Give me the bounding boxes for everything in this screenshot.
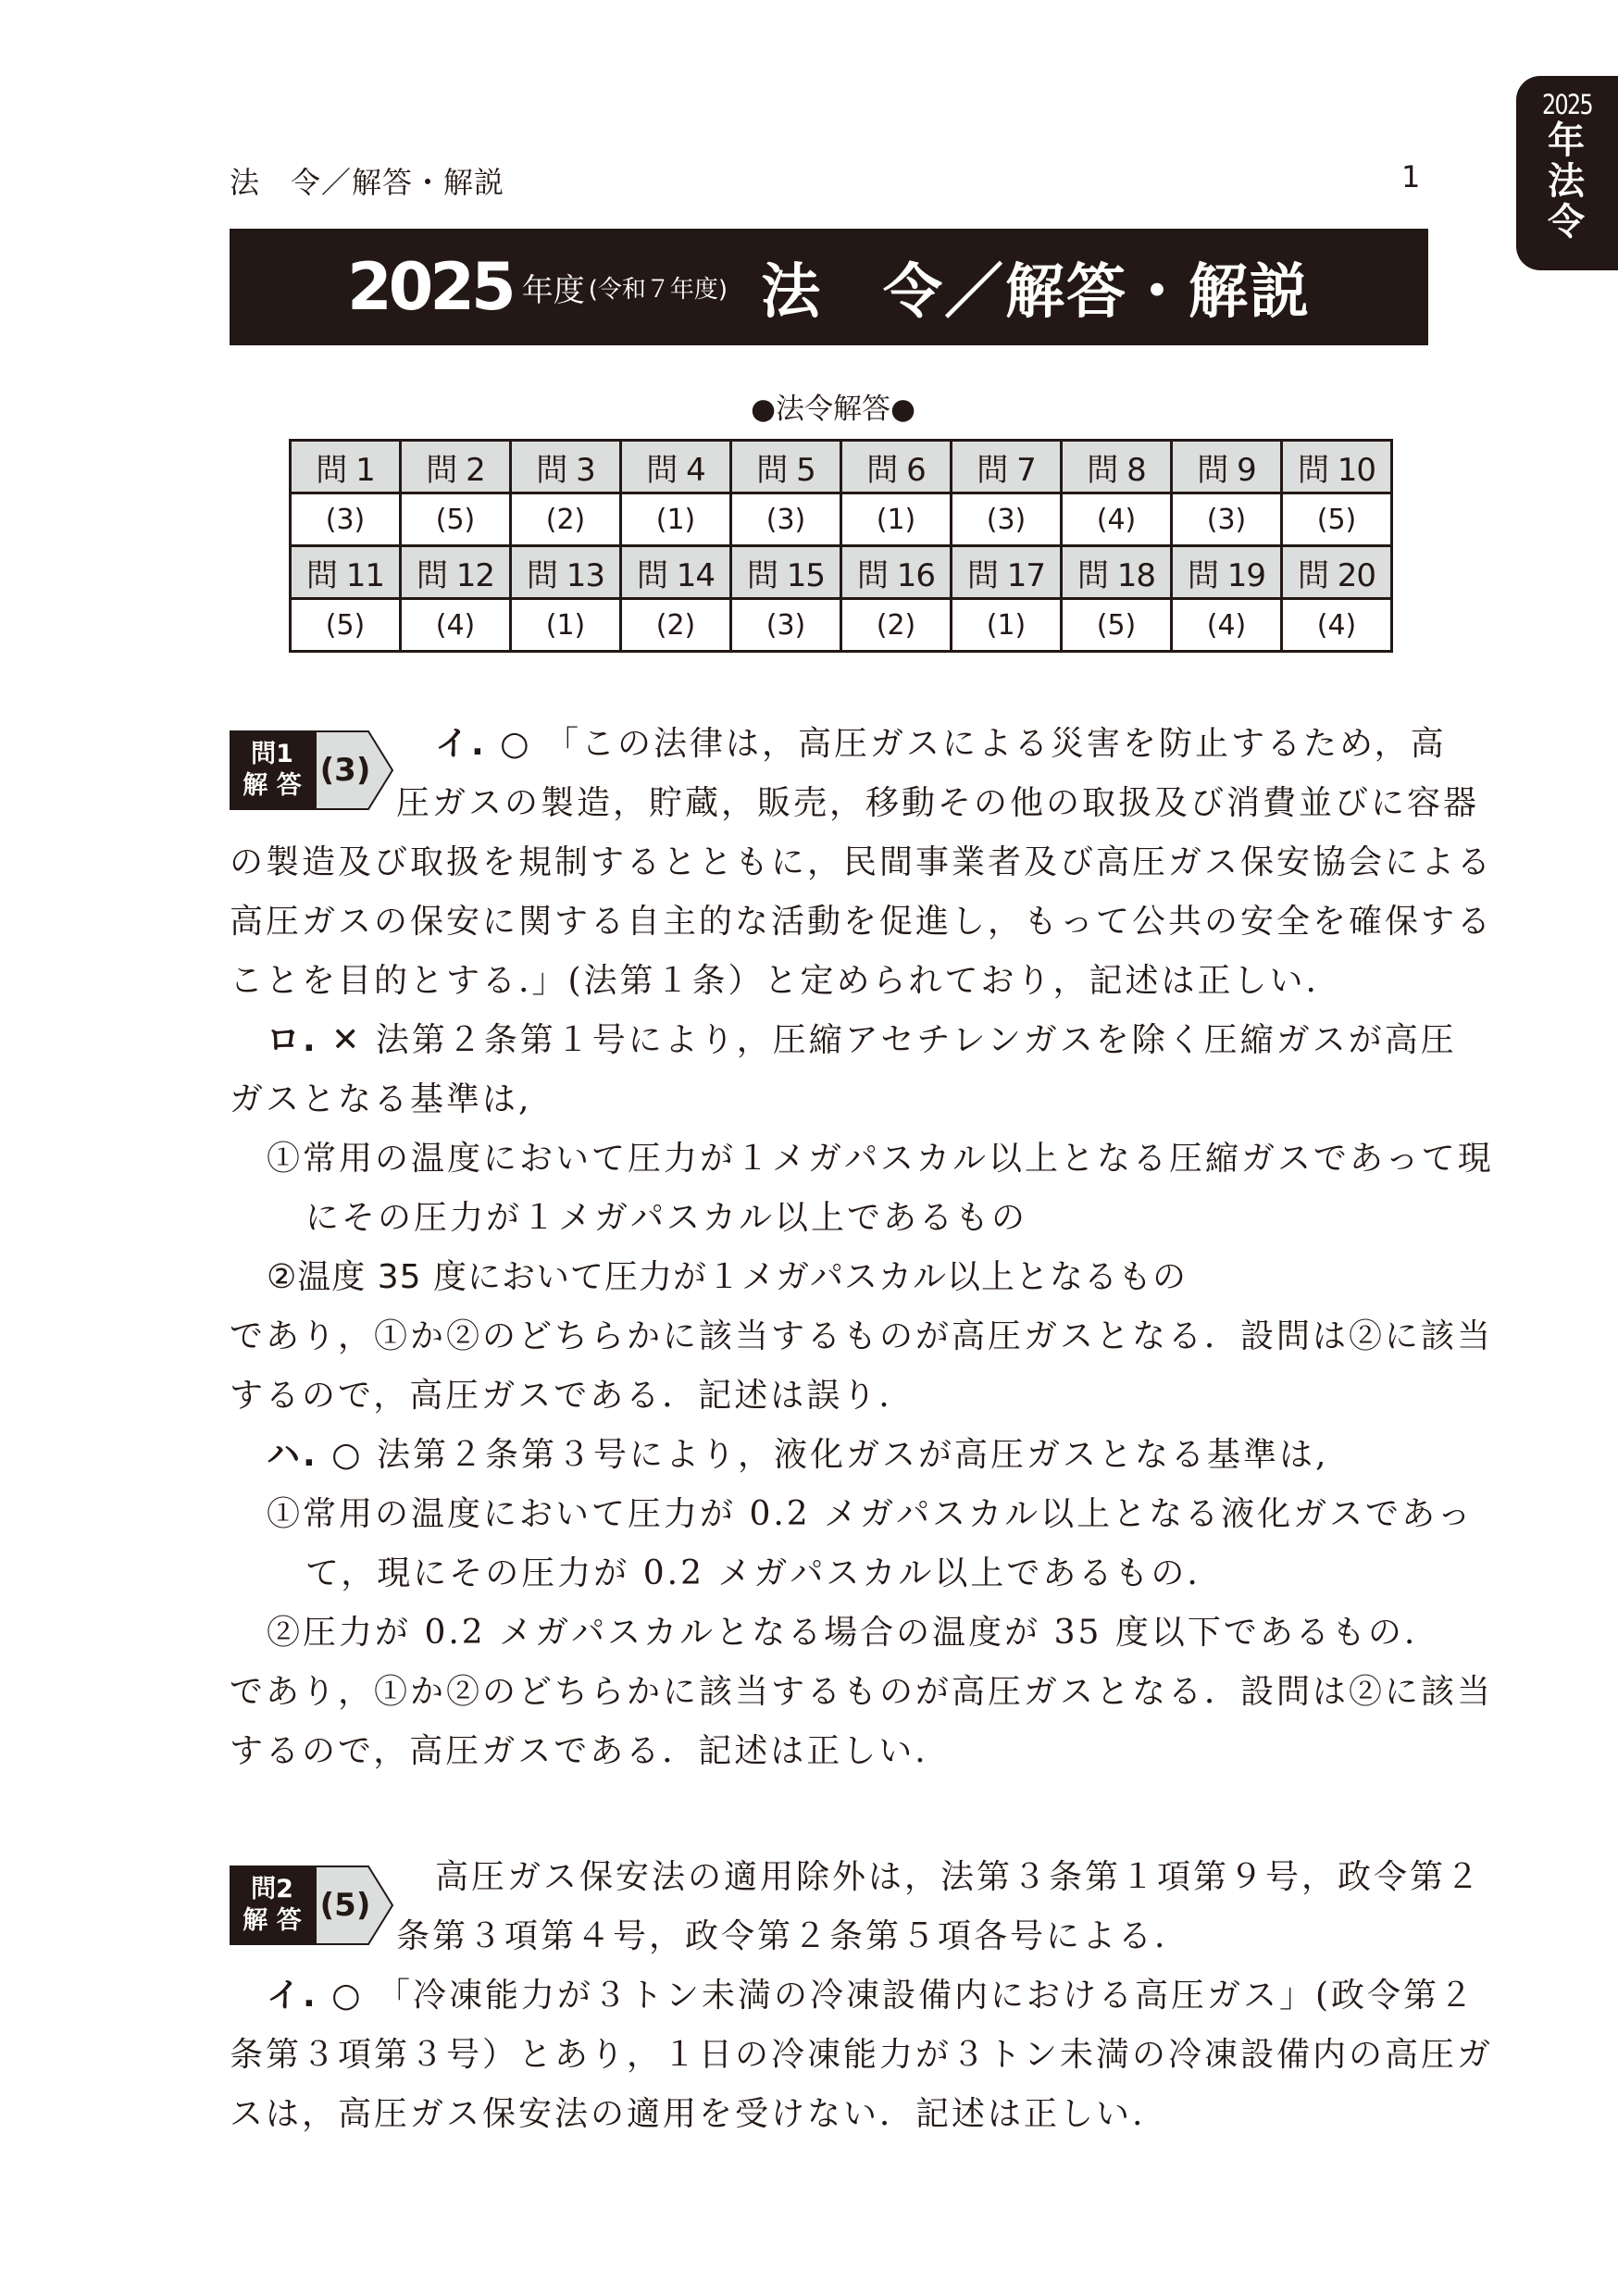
- title-reiwa: (令和７年度): [589, 270, 728, 305]
- answer-cell: (3): [291, 493, 401, 546]
- thumb-tab-char: 年: [1516, 120, 1616, 161]
- text-line: であり，①か②のどちらかに該当するものが高圧ガスとなる．設問は②に該当: [230, 1307, 1428, 1366]
- page-title: 法 令／解答・解説: [761, 244, 1311, 330]
- answer-cell: (1): [841, 493, 952, 546]
- answer-cell: (4): [401, 599, 511, 652]
- line-text: ガスとなる基準は,: [230, 1080, 531, 1118]
- question-cell: 問 19: [1172, 546, 1282, 599]
- line-text: 法第２条第１号により，圧縮アセチレンガスを除く圧縮ガスが高圧: [376, 1021, 1457, 1059]
- line-text: であり，①か②のどちらかに該当するものが高圧ガスとなる．設問は②に該当: [230, 1673, 1493, 1711]
- correct-mark: ○: [331, 1977, 363, 2015]
- text-line: スは，高圧ガス保安法の適用を受けない．記述は正しい.: [230, 2085, 1428, 2144]
- item-label: ロ.: [267, 1021, 318, 1059]
- answer-cell: (4): [1172, 599, 1282, 652]
- question-cell: 問 13: [511, 546, 621, 599]
- answer-cell: (3): [731, 493, 841, 546]
- text-line: の製造及び取扱を規制するとともに，民間事業者及び高圧ガス保安協会による: [230, 833, 1428, 892]
- text-line: ロ. ✕ 法第２条第１号により，圧縮アセチレンガスを除く圧縮ガスが高圧: [230, 1011, 1428, 1070]
- text-line: にその圧力が１メガパスカル以上であるもの: [230, 1189, 1428, 1248]
- question-cell: 問 15: [731, 546, 841, 599]
- text-line: 高圧ガス保安法の適用除外は，法第３条第１項第９号，政令第２: [230, 1848, 1428, 1907]
- text-line: ②圧力が 0.2 メガパスカルとなる場合の温度が 35 度以下であるもの.: [230, 1603, 1428, 1663]
- question-cell: 問 5: [731, 441, 841, 493]
- question-row: 問 11 問 12 問 13 問 14 問 15 問 16 問 17 問 18 …: [291, 546, 1392, 599]
- answer-table-caption: ●法令解答●: [0, 385, 1618, 427]
- question-cell: 問 4: [621, 441, 731, 493]
- thumb-tab-char: 法: [1516, 161, 1616, 202]
- line-text: するので，高圧ガスである．記述は正しい.: [230, 1732, 928, 1770]
- text-line: て，現にその圧力が 0.2 メガパスカル以上であるもの.: [230, 1544, 1428, 1603]
- text-line: ①常用の温度において圧力が 0.2 メガパスカル以上となる液化ガスであっ: [230, 1485, 1428, 1544]
- line-text: ①常用の温度において圧力が１メガパスカル以上となる圧縮ガスであって現: [267, 1140, 1494, 1178]
- line-text: ことを目的とする.」(法第１条）と定められており，記述は正しい.: [230, 962, 1319, 1000]
- line-text: ②圧力が 0.2 メガパスカルとなる場合の温度が 35 度以下であるもの.: [267, 1614, 1417, 1652]
- text-line: ハ. ○ 法第２条第３号により，液化ガスが高圧ガスとなる基準は,: [230, 1426, 1428, 1485]
- text-line: ことを目的とする.」(法第１条）と定められており，記述は正しい.: [230, 952, 1428, 1011]
- item-label: ハ.: [267, 1436, 318, 1474]
- question-cell: 問 11: [291, 546, 401, 599]
- question-cell: 問 14: [621, 546, 731, 599]
- answer-cell: (1): [621, 493, 731, 546]
- answer-cell: (4): [1062, 493, 1172, 546]
- line-text: 「冷凍能力が３トン未満の冷凍設備内における高圧ガス」(政令第２: [377, 1977, 1475, 2015]
- answer-cell: (5): [401, 493, 511, 546]
- question-cell: 問 18: [1062, 546, 1172, 599]
- text-line: イ. ○ 「冷凍能力が３トン未満の冷凍設備内における高圧ガス」(政令第２: [230, 1966, 1428, 2026]
- question-cell: 問 16: [841, 546, 952, 599]
- line-text: て，現にその圧力が 0.2 メガパスカル以上であるもの.: [305, 1554, 1201, 1592]
- thumb-tab-year: 2025: [1525, 89, 1609, 120]
- line-text: 条第３項第３号）とあり，１日の冷凍能力が３トン未満の冷凍設備内の高圧ガ: [230, 2036, 1493, 2074]
- text-line: ガスとなる基準は,: [230, 1070, 1428, 1129]
- question-cell: 問 7: [952, 441, 1062, 493]
- question-cell: 問 1: [291, 441, 401, 493]
- text-line: イ. ○ 「この法律は，高圧ガスによる災害を防止するため，高: [230, 715, 1428, 774]
- answer-cell: (3): [1172, 493, 1282, 546]
- question-cell: 問 3: [511, 441, 621, 493]
- answer-cell: (1): [511, 599, 621, 652]
- question-cell: 問 10: [1282, 441, 1392, 493]
- line-text: スは，高圧ガス保安法の適用を受けない．記述は正しい.: [230, 2095, 1145, 2133]
- answer-cell: (2): [511, 493, 621, 546]
- line-text: の製造及び取扱を規制するとともに，民間事業者及び高圧ガス保安協会による: [230, 843, 1493, 881]
- page-title-bar: 2025 年度 (令和７年度) 法 令／解答・解説: [230, 229, 1428, 345]
- text-line: ①常用の温度において圧力が１メガパスカル以上となる圧縮ガスであって現: [230, 1129, 1428, 1189]
- answer-cell: (3): [952, 493, 1062, 546]
- question-cell: 問 20: [1282, 546, 1392, 599]
- answer-cell: (1): [952, 599, 1062, 652]
- running-title: 法 令／解答・解説: [230, 159, 504, 202]
- line-text: ①常用の温度において圧力が 0.2 メガパスカル以上となる液化ガスであっ: [267, 1495, 1474, 1533]
- line-text: 「この法律は，高圧ガスによる災害を防止するため，高: [545, 725, 1447, 763]
- line-text: 高圧ガスの保安に関する自主的な活動を促進し，もって公共の安全を確保する: [230, 903, 1493, 941]
- item-label: イ.: [267, 1977, 318, 2015]
- answer-row: (5) (4) (1) (2) (3) (2) (1) (5) (4) (4): [291, 599, 1392, 652]
- text-line: 高圧ガスの保安に関する自主的な活動を促進し，もって公共の安全を確保する: [230, 892, 1428, 952]
- line-text: 高圧ガス保安法の適用除外は，法第３条第１項第９号，政令第２: [435, 1858, 1482, 1896]
- line-text: 法第２条第３号により，液化ガスが高圧ガスとなる基準は,: [377, 1436, 1328, 1474]
- answer-cell: (5): [1062, 599, 1172, 652]
- title-nendo: 年度: [522, 265, 585, 310]
- question-cell: 問 9: [1172, 441, 1282, 493]
- title-year: 2025: [347, 249, 513, 325]
- q2-explanation: 高圧ガス保安法の適用除外は，法第３条第１項第９号，政令第２ 条第３項第４号，政令…: [230, 1848, 1428, 2144]
- line-text: にその圧力が１メガパスカル以上であるもの: [305, 1199, 1027, 1237]
- answer-row: (3) (5) (2) (1) (3) (1) (3) (4) (3) (5): [291, 493, 1392, 546]
- answer-cell: (4): [1282, 599, 1392, 652]
- answer-cell: (5): [1282, 493, 1392, 546]
- answer-cell: (3): [731, 599, 841, 652]
- text-line: 条第３項第４号，政令第２条第５項各号による.: [230, 1907, 1428, 1966]
- thumb-index-tab: 2025 年 法 令: [1516, 76, 1618, 270]
- text-line: であり，①か②のどちらかに該当するものが高圧ガスとなる．設問は②に該当: [230, 1663, 1428, 1722]
- correct-mark: ○: [331, 1436, 363, 1474]
- line-text: ②温度 35 度において圧力が１メガパスカル以上となるもの: [267, 1258, 1187, 1296]
- answer-cell: (2): [841, 599, 952, 652]
- question-cell: 問 12: [401, 546, 511, 599]
- line-text: であり，①か②のどちらかに該当するものが高圧ガスとなる．設問は②に該当: [230, 1317, 1493, 1355]
- question-cell: 問 2: [401, 441, 511, 493]
- q1-explanation: イ. ○ 「この法律は，高圧ガスによる災害を防止するため，高 圧ガスの製造，貯蔵…: [230, 715, 1428, 1781]
- answer-cell: (5): [291, 599, 401, 652]
- line-text: するので，高圧ガスである．記述は誤り.: [230, 1377, 892, 1415]
- page-number: 1: [1401, 159, 1420, 194]
- text-line: 圧ガスの製造，貯蔵，販売，移動その他の取扱及び消費並びに容器: [230, 774, 1428, 833]
- answer-cell: (2): [621, 599, 731, 652]
- line-text: 圧ガスの製造，貯蔵，販売，移動その他の取扱及び消費並びに容器: [396, 784, 1479, 822]
- question-cell: 問 17: [952, 546, 1062, 599]
- incorrect-mark: ✕: [331, 1021, 362, 1059]
- text-line: 条第３項第３号）とあり，１日の冷凍能力が３トン未満の冷凍設備内の高圧ガ: [230, 2026, 1428, 2085]
- question-cell: 問 6: [841, 441, 952, 493]
- line-text: 条第３項第４号，政令第２条第５項各号による.: [396, 1917, 1167, 1955]
- text-line: ②温度 35 度において圧力が１メガパスカル以上となるもの: [230, 1248, 1428, 1307]
- answer-table: 問 1 問 2 問 3 問 4 問 5 問 6 問 7 問 8 問 9 問 10…: [289, 439, 1393, 653]
- question-row: 問 1 問 2 問 3 問 4 問 5 問 6 問 7 問 8 問 9 問 10: [291, 441, 1392, 493]
- thumb-tab-char: 令: [1516, 202, 1616, 243]
- question-cell: 問 8: [1062, 441, 1172, 493]
- correct-mark: ○: [500, 725, 531, 763]
- item-label: イ.: [435, 725, 487, 763]
- text-line: するので，高圧ガスである．記述は正しい.: [230, 1722, 1428, 1781]
- text-line: するので，高圧ガスである．記述は誤り.: [230, 1366, 1428, 1426]
